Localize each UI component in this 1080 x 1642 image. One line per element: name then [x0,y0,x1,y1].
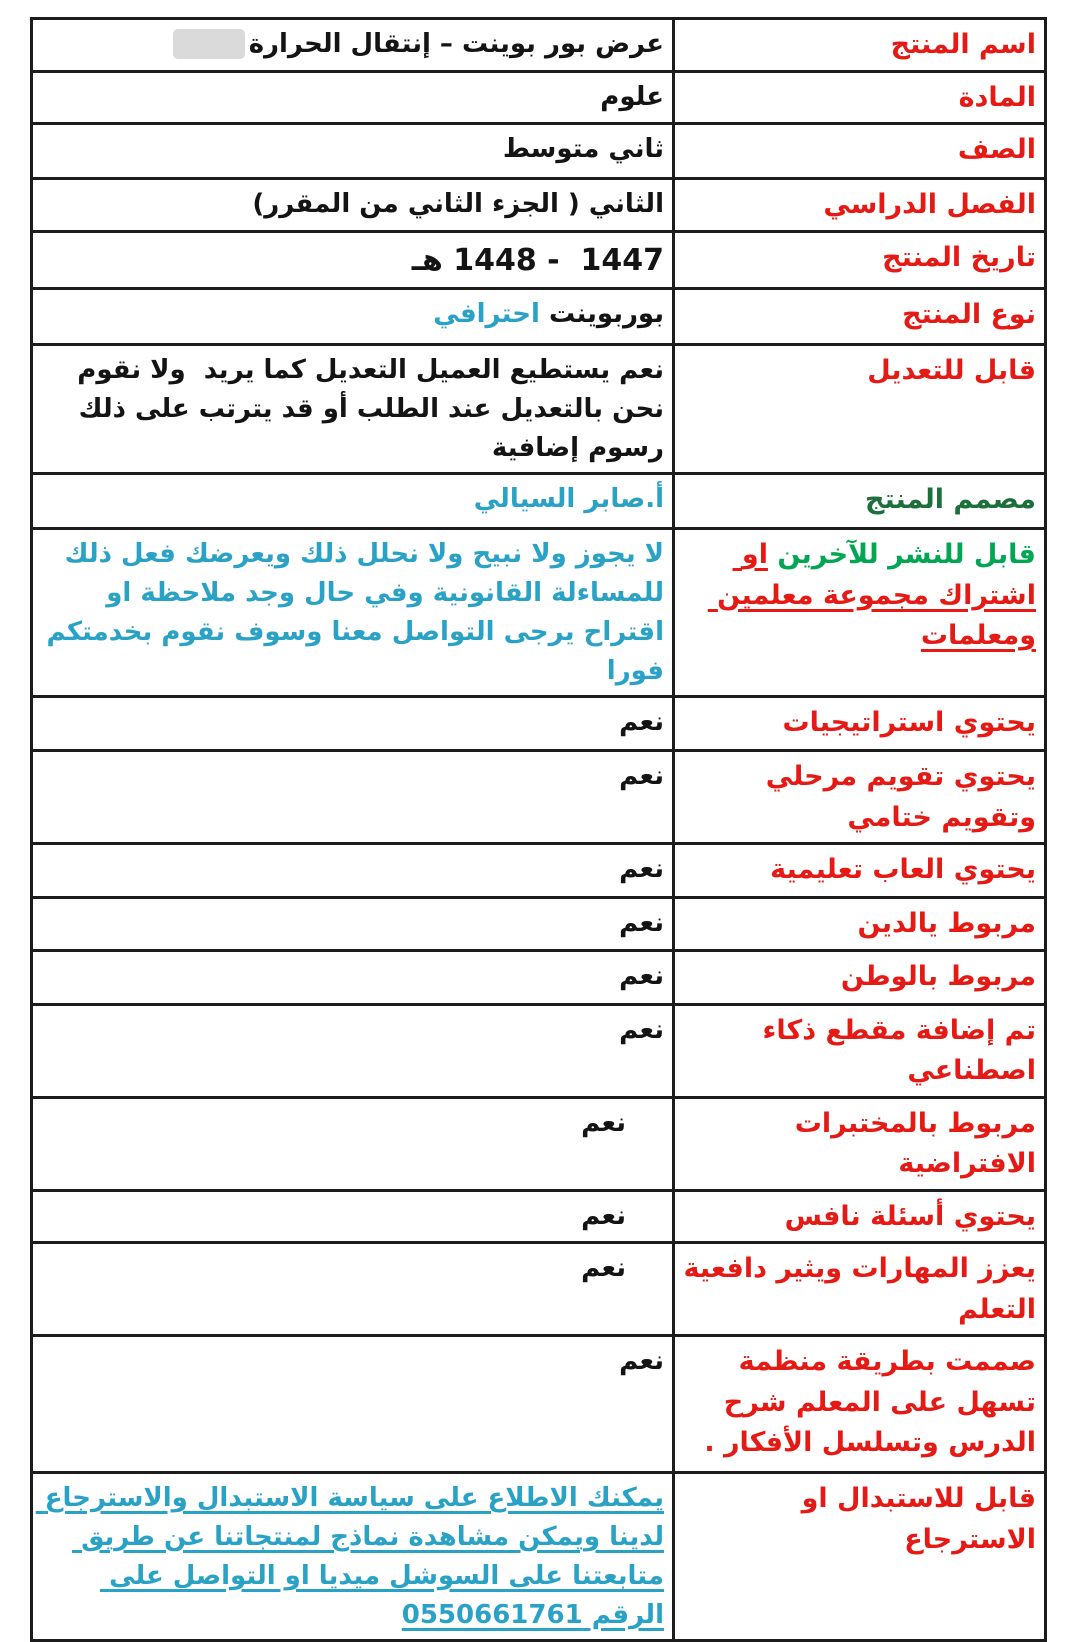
table-row: تم إضافة مقطع ذكاء اصطناعينعم [32,1004,1046,1097]
value-text: نعم يستطيع العميل التعديل كما يريد ولا ن… [68,355,664,463]
label-text: صممت بطريقة منظمة تسهل على المعلم شرح ال… [704,1346,1036,1458]
row-value: أ.صابر السيالي [32,474,674,529]
row-value: نعم يستطيع العميل التعديل كما يريد ولا ن… [32,345,674,474]
table-row: المادةعلوم [32,71,1046,124]
product-info-sheet: اسم المنتجعرض بور بوينت – إنتقال الحرارة… [33,17,1047,1497]
table-row: مربوط بالمختبرات الافتراضيةنعم [32,1097,1046,1190]
label-text: الفصل الدراسي [823,189,1036,220]
value-text: نعم [581,1201,626,1231]
label-text: نوع المنتج [902,299,1036,330]
value-text: بوربوينت [540,299,664,329]
table-row: يحتوي تقويم مرحلي وتقويم ختامينعم [32,751,1046,844]
label-text: يعزز المهارات ويثير دافعية التعلم [674,1253,1036,1325]
row-value: نعم [32,844,674,898]
table-row: مصمم المنتجأ.صابر السيالي [32,474,1046,529]
table-row: يحتوي العاب تعليميةنعم [32,844,1046,898]
product-info-table: اسم المنتجعرض بور بوينت – إنتقال الحرارة… [30,17,1047,1497]
label-text: يحتوي تقويم مرحلي وتقويم ختامي [756,761,1036,833]
label-text: يحتوي أسئلة نافس [785,1201,1036,1232]
row-value: ثاني متوسط [32,124,674,179]
row-value: نعم [32,950,674,1004]
row-label: تم إضافة مقطع ذكاء اصطناعي [674,1004,1046,1097]
row-value: نعم [32,898,674,951]
row-value: نعم [32,1004,674,1097]
erased-watermark [173,29,245,59]
row-label: الفصل الدراسي [674,179,1046,232]
row-value: نعم [32,1336,674,1473]
row-label: يعزز المهارات ويثير دافعية التعلم [674,1243,1046,1336]
label-text: قابل للاستبدال او الاسترجاع [792,1483,1036,1497]
value-text: 1447 - 1448 هـ [412,243,664,278]
value-text: يمكنك الاطلاع على سياسة الاستبدال والاست… [36,1483,664,1497]
value-text: علوم [600,82,664,112]
value-text: نعم [619,961,664,991]
label-text: تم إضافة مقطع ذكاء اصطناعي [753,1015,1036,1087]
row-label: مصمم المنتج [674,474,1046,529]
row-label: اسم المنتج [674,19,1046,72]
table-row: الفصل الدراسيالثاني ( الجزء الثاني من ال… [32,179,1046,232]
table-row: يعزز المهارات ويثير دافعية التعلمنعم [32,1243,1046,1336]
row-value: نعم [32,1097,674,1190]
table-row: تاريخ المنتج1447 - 1448 هـ [32,232,1046,289]
row-value: يمكنك الاطلاع على سياسة الاستبدال والاست… [32,1473,674,1498]
label-text: يحتوي استراتيجيات [783,707,1036,738]
row-value: نعم [32,751,674,844]
value-text: نعم [619,908,664,938]
value-text: الثاني ( الجزء الثاني من المقرر) [252,189,664,219]
label-text: مربوط بالوطن [841,961,1036,992]
value-text: نعم [619,1346,664,1376]
row-label: مربوط يالدين [674,898,1046,951]
row-label: الصف [674,124,1046,179]
table-row: يحتوي أسئلة نافسنعم [32,1190,1046,1243]
row-label: يحتوي العاب تعليمية [674,844,1046,898]
row-label: قابل للاستبدال او الاسترجاع [674,1473,1046,1498]
table-row: قابل للتعديلنعم يستطيع العميل التعديل كم… [32,345,1046,474]
row-label: يحتوي أسئلة نافس [674,1190,1046,1243]
label-text: تاريخ المنتج [882,242,1036,273]
value-text: أ.صابر السيالي [474,484,664,514]
row-label: مربوط بالوطن [674,950,1046,1004]
table-row: الصفثاني متوسط [32,124,1046,179]
table-row: صممت بطريقة منظمة تسهل على المعلم شرح ال… [32,1336,1046,1473]
row-label: نوع المنتج [674,289,1046,345]
row-label: المادة [674,71,1046,124]
label-text: قابل للنشر للآخرين [768,539,1036,570]
value-text: احترافي [433,299,540,329]
value-text: نعم [619,707,664,737]
value-text: نعم [619,761,664,791]
value-text: نعم [581,1108,626,1138]
value-text: عرض بور بوينت – إنتقال الحرارة [249,29,664,59]
table-row: مربوط يالديننعم [32,898,1046,951]
table-row: قابل للاستبدال او الاسترجاعيمكنك الاطلاع… [32,1473,1046,1498]
label-text: قابل للتعديل [867,355,1036,386]
value-text: نعم [581,1253,626,1283]
label-text: المادة [959,82,1036,113]
label-text: مربوط بالمختبرات الافتراضية [785,1108,1036,1180]
row-value: علوم [32,71,674,124]
row-value: عرض بور بوينت – إنتقال الحرارة [32,19,674,72]
value-text: لا يجوز ولا نبيح ولا نحلل ذلك ويعرضك فعل… [37,539,664,686]
row-label: قابل للنشر للآخرين او اشتراك مجموعة معلم… [674,529,1046,697]
value-text: نعم [619,854,664,884]
table-row: يحتوي استراتيجياتنعم [32,697,1046,751]
row-label: صممت بطريقة منظمة تسهل على المعلم شرح ال… [674,1336,1046,1473]
row-label: يحتوي استراتيجيات [674,697,1046,751]
value-text: ثاني متوسط [503,134,664,164]
row-value: لا يجوز ولا نبيح ولا نحلل ذلك ويعرضك فعل… [32,529,674,697]
label-text: الصف [958,134,1036,165]
row-value: نعم [32,697,674,751]
value-text: نعم [619,1015,664,1045]
row-value: نعم [32,1243,674,1336]
row-label: تاريخ المنتج [674,232,1046,289]
row-label: يحتوي تقويم مرحلي وتقويم ختامي [674,751,1046,844]
row-value: الثاني ( الجزء الثاني من المقرر) [32,179,674,232]
table-row: اسم المنتجعرض بور بوينت – إنتقال الحرارة [32,19,1046,72]
table-row: مربوط بالوطننعم [32,950,1046,1004]
row-label: قابل للتعديل [674,345,1046,474]
label-text: يحتوي العاب تعليمية [770,854,1036,885]
table-row: نوع المنتجبوربوينت احترافي [32,289,1046,345]
row-label: مربوط بالمختبرات الافتراضية [674,1097,1046,1190]
row-value: نعم [32,1190,674,1243]
label-text: اسم المنتج [891,29,1036,60]
label-text: مربوط يالدين [858,908,1036,939]
row-value: بوربوينت احترافي [32,289,674,345]
label-text: مصمم المنتج [865,484,1036,515]
product-table-body: اسم المنتجعرض بور بوينت – إنتقال الحرارة… [32,19,1046,1498]
table-row: قابل للنشر للآخرين او اشتراك مجموعة معلم… [32,529,1046,697]
row-value: 1447 - 1448 هـ [32,232,674,289]
